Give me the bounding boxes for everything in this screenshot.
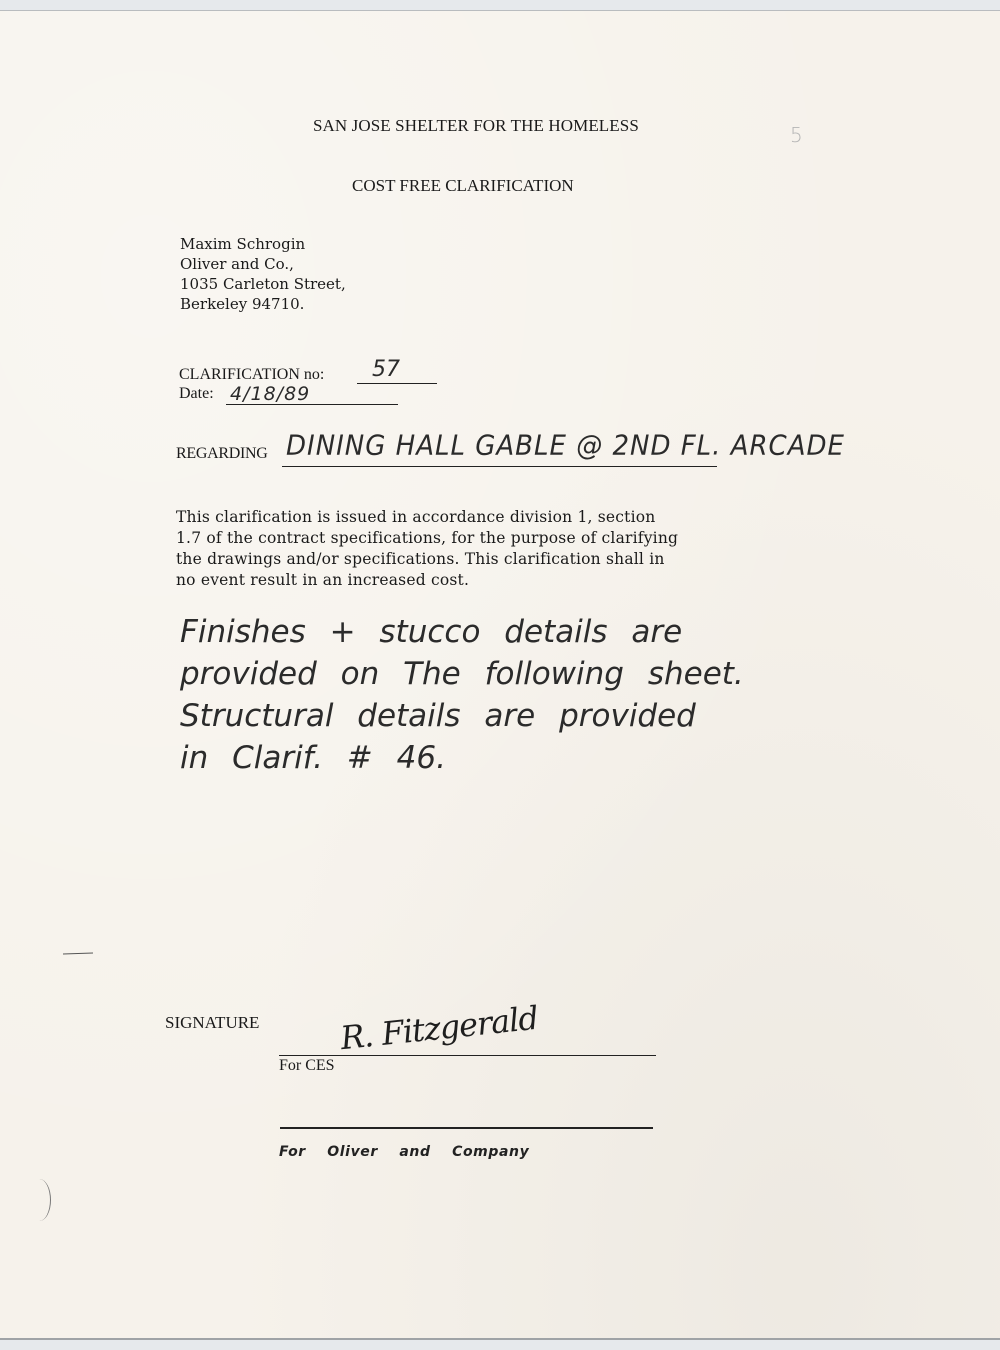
document-title: SAN JOSE SHELTER FOR THE HOMELESS [313,116,639,136]
handwritten-note: Finishes + stucco details are provided o… [180,611,744,779]
oliver-signature-line [280,1127,653,1129]
for-ces-label: For CES [279,1057,335,1075]
scanned-page: SAN JOSE SHELTER FOR THE HOMELESS 5 COST… [0,10,1000,1340]
ces-signature-line [279,1055,656,1056]
note-line: Finishes + stucco details are [180,611,744,653]
note-line: Structural details are provided [180,695,744,737]
regarding-label: REGARDING [176,445,268,463]
stray-pen-mark [63,952,93,954]
margin-pen-mark [28,1179,51,1221]
terms-line: the drawings and/or specifications. This… [176,549,678,570]
date-value: 4/18/89 [230,383,310,405]
recipient-name: Maxim Schrogin [180,234,346,254]
terms-line: no event result in an increased cost. [176,570,678,591]
clarification-number-label: CLARIFICATION no: [179,366,324,384]
document-subtitle: COST FREE CLARIFICATION [352,176,574,196]
regarding-value: DINING HALL GABLE @ 2ND FL. ARCADE [286,430,845,462]
for-oliver-label: For Oliver and Company [279,1144,529,1160]
recipient-company: Oliver and Co., [180,254,346,274]
recipient-address: Maxim Schrogin Oliver and Co., 1035 Carl… [180,234,346,314]
page-number: 5 [790,123,803,147]
note-line: provided on The following sheet. [180,653,744,695]
recipient-city: Berkeley 94710. [180,294,346,314]
clarification-number-underline [357,383,437,384]
clarification-number-value: 57 [372,357,400,382]
note-line: in Clarif. # 46. [180,737,744,779]
ces-signature: R. Fitzgerald [339,999,540,1057]
signature-label: SIGNATURE [165,1013,259,1033]
terms-line: This clarification is issued in accordan… [176,507,678,528]
recipient-street: 1035 Carleton Street, [180,274,346,294]
regarding-underline [282,466,717,467]
date-label: Date: [179,385,214,403]
clarification-terms: This clarification is issued in accordan… [176,507,678,591]
terms-line: 1.7 of the contract specifications, for … [176,528,678,549]
